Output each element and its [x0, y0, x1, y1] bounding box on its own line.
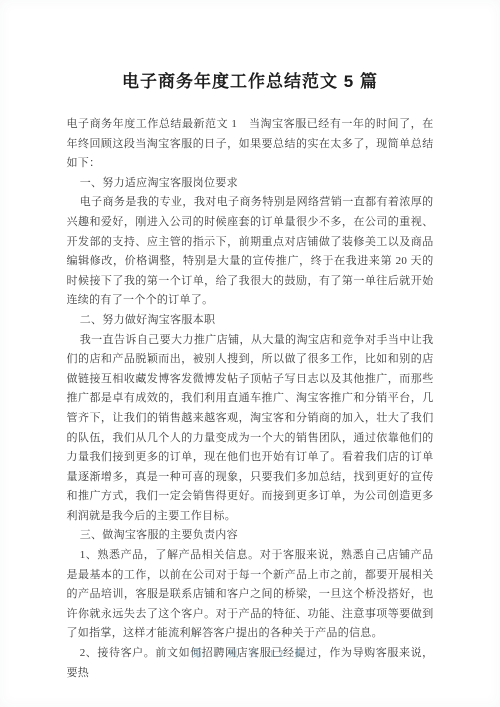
- paragraph: 电子商务是我的专业，我对电子商务特别是网络营销一直都有着浓厚的兴趣和爱好，刚进入…: [67, 193, 434, 311]
- paragraph: 我一直告诉自己要大力推广店铺，从大量的淘宝店和竞争对手当中让我们的店和产品脱颖而…: [67, 331, 434, 527]
- section-heading-1: 一、努力适应淘宝客服岗位要求: [67, 174, 434, 194]
- page-title: 电子商务年度工作总结范文 5 篇: [0, 70, 500, 94]
- section-heading-3: 三、做淘宝客服的主要负责内容: [67, 526, 434, 546]
- section-heading-2: 二、努力做好淘宝客服本职: [67, 311, 434, 331]
- page-number-indicator: 第 1 页 共 12 页: [192, 649, 308, 660]
- document-page: 电子商务年度工作总结范文 5 篇 电子商务年度工作总结最新范文 1 当淘宝客服已…: [0, 0, 500, 707]
- page-footer: 第 1 页 共 12 页: [0, 645, 500, 660]
- paragraph-intro: 电子商务年度工作总结最新范文 1 当淘宝客服已经有一年的时间了，在年终回顾这段当…: [67, 115, 434, 174]
- document-body: 电子商务年度工作总结最新范文 1 当淘宝客服已经有一年的时间了，在年终回顾这段当…: [67, 115, 434, 683]
- paragraph: 1、熟悉产品，了解产品相关信息。对于客服来说，熟悉自己店铺产品是最基本的工作，以…: [67, 546, 434, 644]
